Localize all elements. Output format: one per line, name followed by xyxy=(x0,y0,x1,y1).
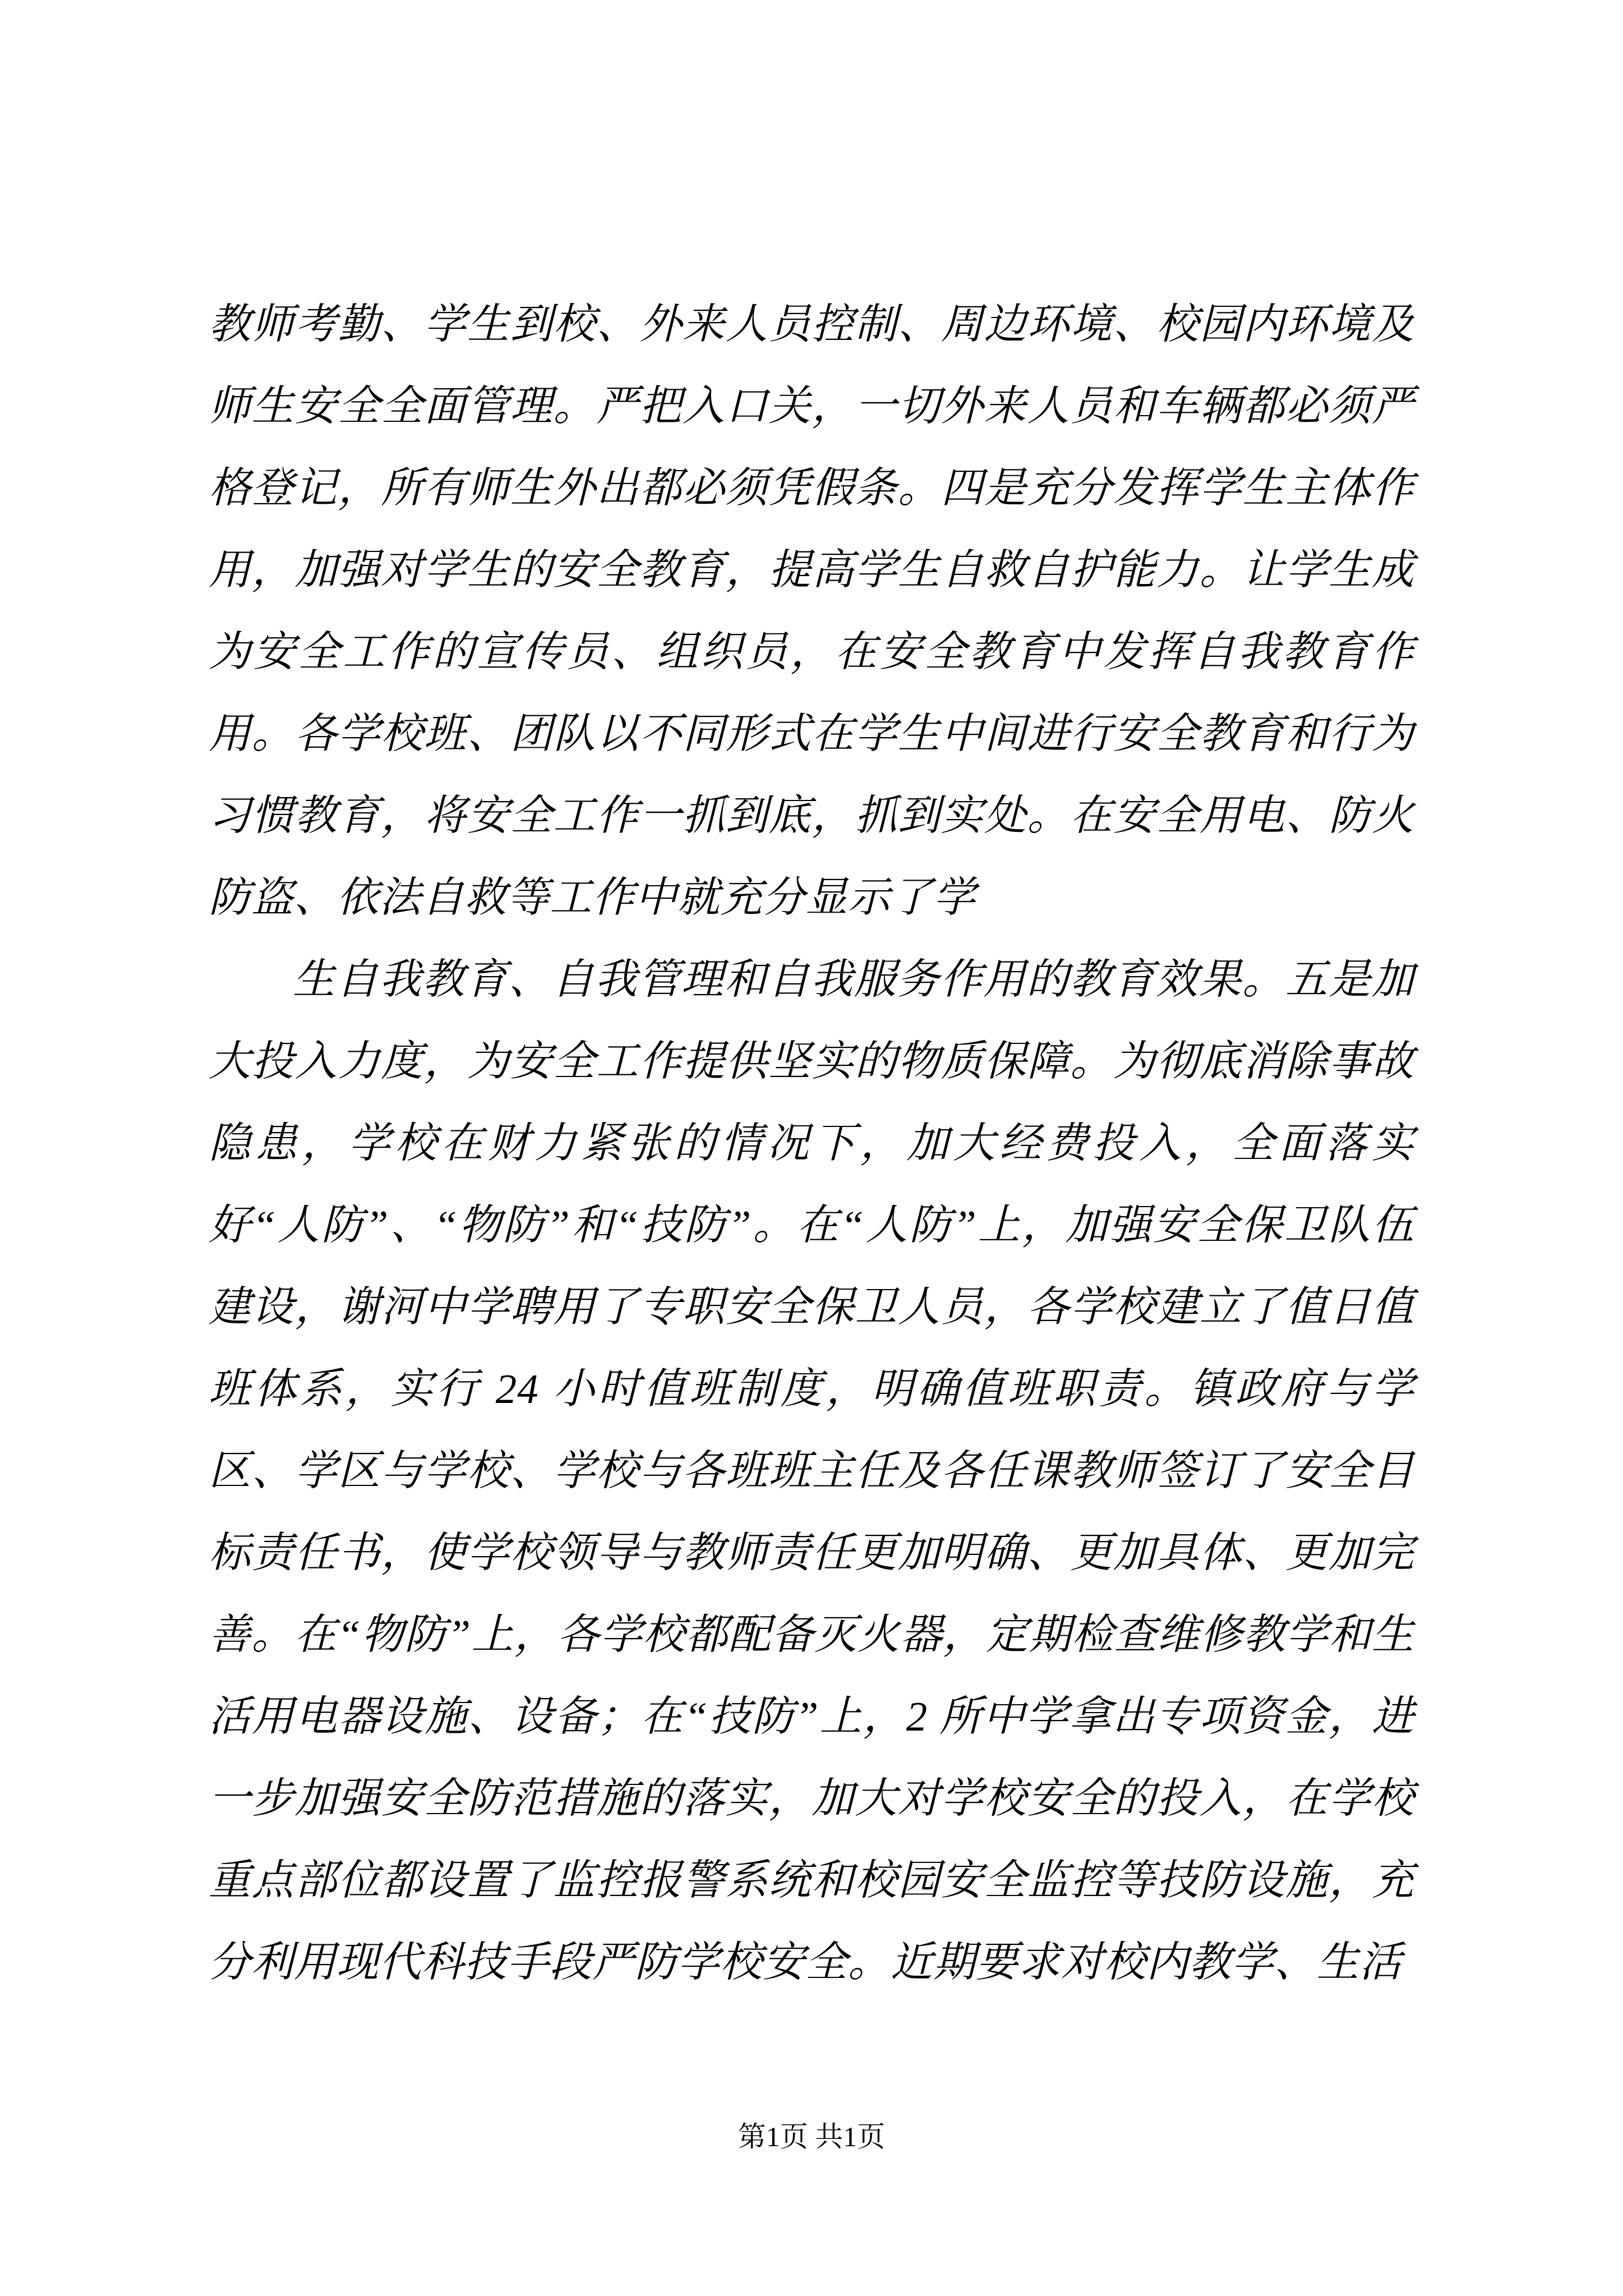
page-footer: 第1页 共1页 xyxy=(0,2119,1623,2154)
paragraph-1: 教师考勤、学生到校、外来人员控制、周边环境、校园内环境及师生安全全面管理。严把入… xyxy=(209,284,1414,939)
document-page: 教师考勤、学生到校、外来人员控制、周边环境、校园内环境及师生安全全面管理。严把入… xyxy=(0,0,1623,2296)
paragraph-2: 生自我教育、自我管理和自我服务作用的教育效果。五是加大投入力度，为安全工作提供坚… xyxy=(209,939,1414,2004)
body-text: 教师考勤、学生到校、外来人员控制、周边环境、校园内环境及师生安全全面管理。严把入… xyxy=(209,284,1414,2004)
